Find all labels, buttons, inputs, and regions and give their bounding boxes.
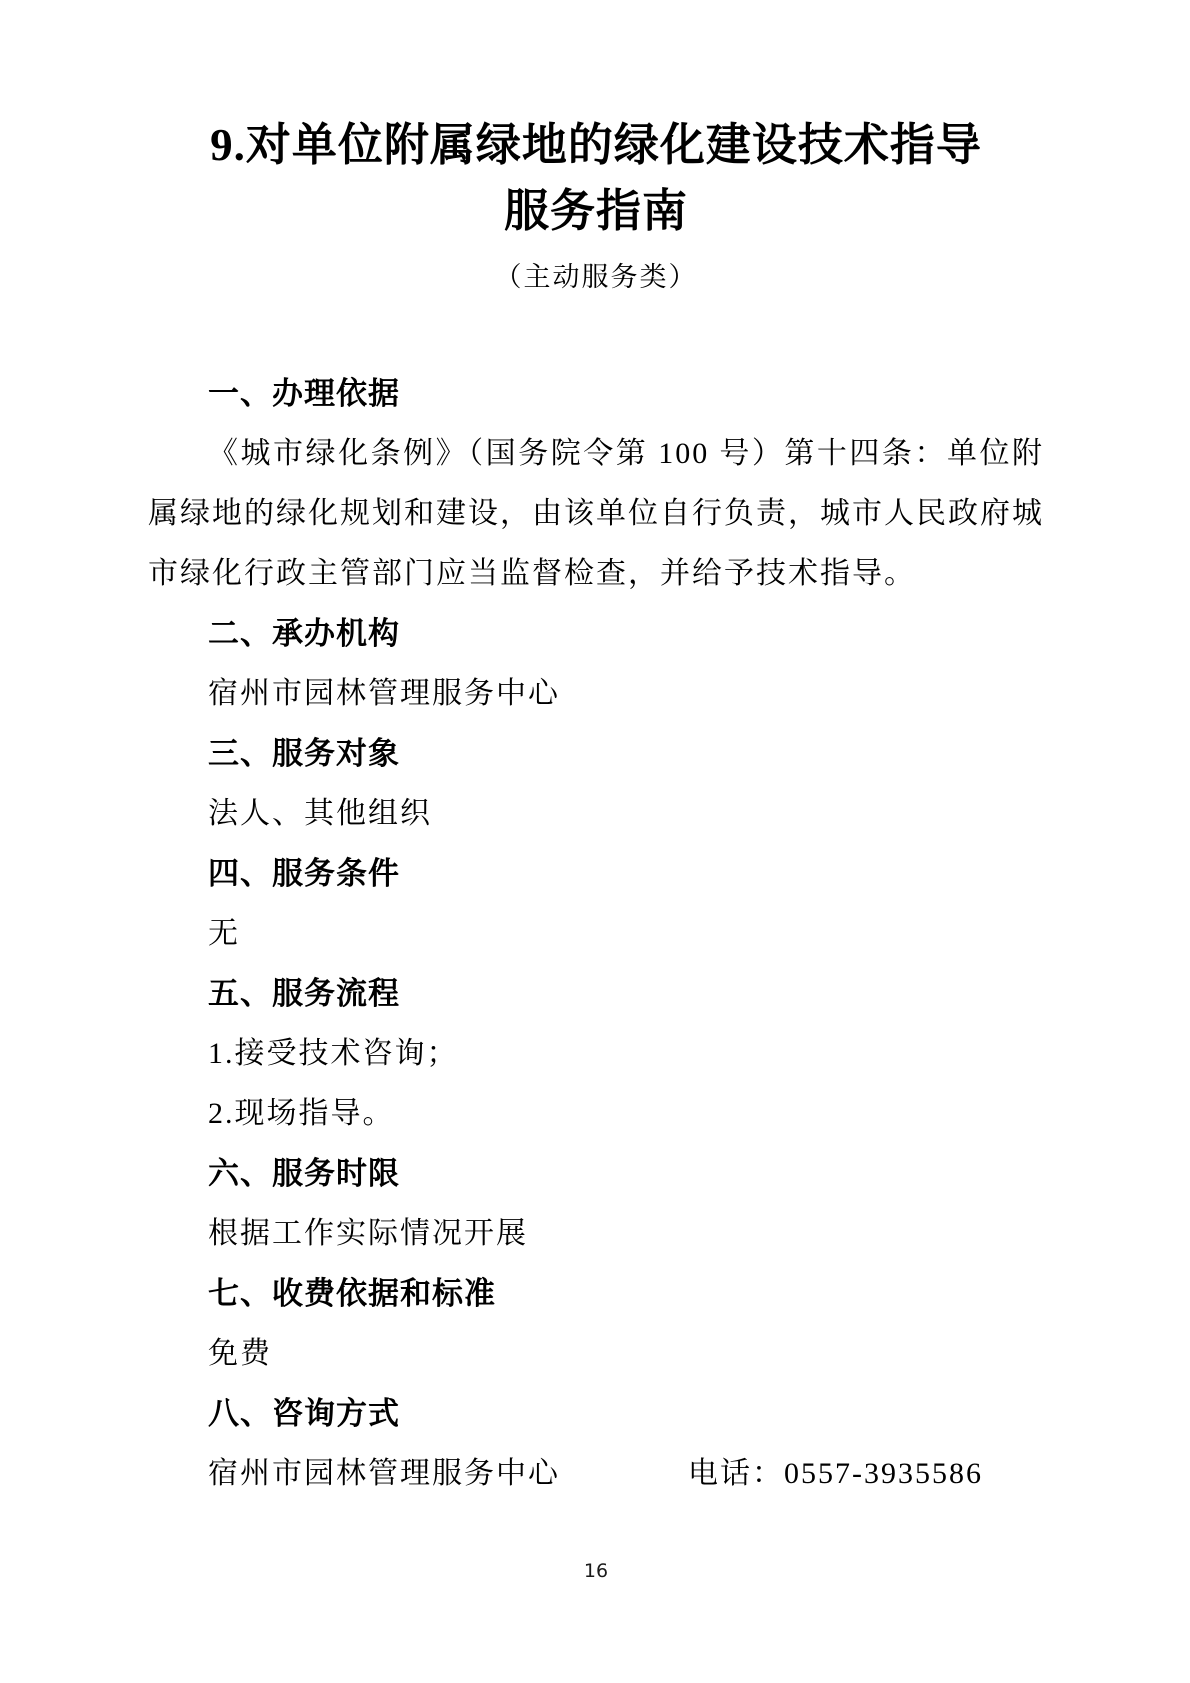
section-body-5-step1: 1.接受技术咨询； xyxy=(148,1024,1044,1084)
section-body-2: 宿州市园林管理服务中心 xyxy=(148,664,1044,724)
section-body-1: 《城市绿化条例》（国务院令第 100 号）第十四条：单位附属绿地的绿化规划和建设… xyxy=(148,424,1044,604)
section-body-5-step2: 2.现场指导。 xyxy=(148,1084,1044,1144)
section-service-target: 三、服务对象 法人、其他组织 xyxy=(148,724,1044,844)
section-fee-basis: 七、收费依据和标准 免费 xyxy=(148,1264,1044,1384)
section-heading-8: 八、咨询方式 xyxy=(148,1384,1044,1444)
contact-phone: 电话：0557-3935586 xyxy=(688,1457,983,1490)
section-handling-basis: 一、办理依据 《城市绿化条例》（国务院令第 100 号）第十四条：单位附属绿地的… xyxy=(148,364,1044,604)
section-heading-4: 四、服务条件 xyxy=(148,844,1044,904)
page-title-line2: 服务指南 xyxy=(148,178,1044,244)
section-service-conditions: 四、服务条件 无 xyxy=(148,844,1044,964)
page-title-line1: 9.对单位附属绿地的绿化建设技术指导 xyxy=(148,112,1044,178)
section-undertaking-agency: 二、承办机构 宿州市园林管理服务中心 xyxy=(148,604,1044,724)
section-heading-6: 六、服务时限 xyxy=(148,1144,1044,1204)
contact-line: 宿州市园林管理服务中心电话：0557-3935586 xyxy=(148,1444,1044,1504)
section-heading-3: 三、服务对象 xyxy=(148,724,1044,784)
document-page: 9.对单位附属绿地的绿化建设技术指导 服务指南 （主动服务类） 一、办理依据 《… xyxy=(0,0,1190,1683)
section-heading-5: 五、服务流程 xyxy=(148,964,1044,1024)
section-service-process: 五、服务流程 1.接受技术咨询； 2.现场指导。 xyxy=(148,964,1044,1144)
section-consultation-method: 八、咨询方式 宿州市园林管理服务中心电话：0557-3935586 xyxy=(148,1384,1044,1504)
section-service-time-limit: 六、服务时限 根据工作实际情况开展 xyxy=(148,1144,1044,1264)
section-body-6: 根据工作实际情况开展 xyxy=(148,1204,1044,1264)
section-heading-1: 一、办理依据 xyxy=(148,364,1044,424)
contact-phone-label: 电话： xyxy=(688,1457,784,1490)
page-footer: 16 xyxy=(148,1558,1044,1584)
contact-org: 宿州市园林管理服务中心 xyxy=(208,1457,560,1490)
section-heading-7: 七、收费依据和标准 xyxy=(148,1264,1044,1324)
section-body-4: 无 xyxy=(148,904,1044,964)
document-body: 一、办理依据 《城市绿化条例》（国务院令第 100 号）第十四条：单位附属绿地的… xyxy=(148,364,1044,1504)
section-body-3: 法人、其他组织 xyxy=(148,784,1044,844)
section-body-7: 免费 xyxy=(148,1324,1044,1384)
section-heading-2: 二、承办机构 xyxy=(148,604,1044,664)
contact-phone-number: 0557-3935586 xyxy=(784,1457,983,1490)
page-number: 16 xyxy=(584,1560,608,1582)
page-title: 9.对单位附属绿地的绿化建设技术指导 服务指南 xyxy=(148,112,1044,244)
page-subtitle: （主动服务类） xyxy=(148,254,1044,300)
